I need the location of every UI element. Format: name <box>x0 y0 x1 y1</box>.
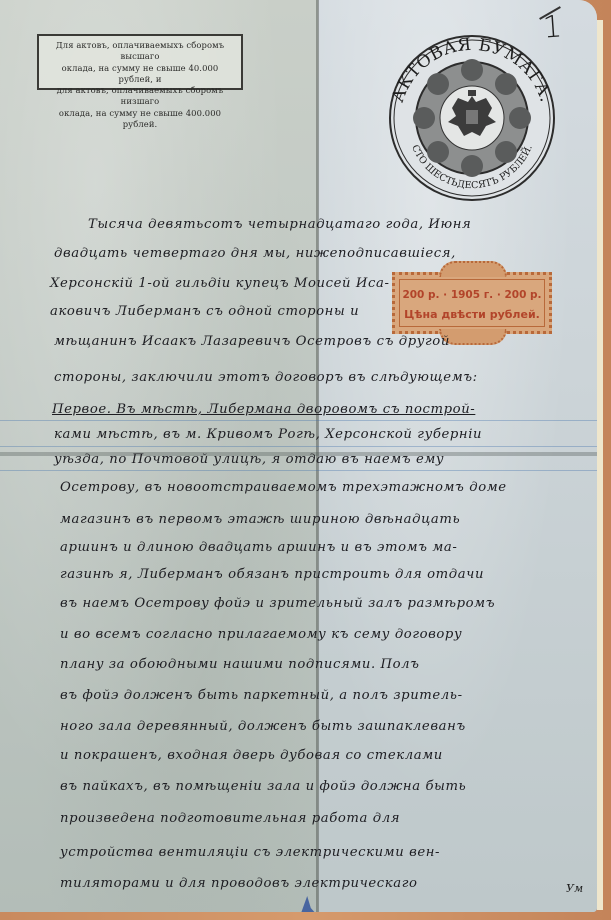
handwritten-line: и покрашенъ, входная дверь дубовая со ст… <box>60 748 443 763</box>
handwritten-line: двадцать четвертаго дня мы, нижеподписав… <box>54 246 456 261</box>
signature-initials: Ум <box>566 882 583 895</box>
handwritten-line: и во всемъ согласно прилагаемому къ сему… <box>60 627 462 642</box>
handwritten-line: произведена подготовительная работа для <box>60 811 400 826</box>
deed-paper-stamp: АКТОВАЯ БУМАГА. СТО ШЕСТЬДЕСЯТЪ РУБЛЕЙ. <box>380 30 564 202</box>
ruled-line <box>0 420 597 421</box>
ruled-line <box>0 446 597 447</box>
revenue-stamp-price: Цѣна двѣсти рублей. <box>395 308 549 321</box>
fee-notice-line: для актовъ, оплачиваемыхъ сборомъ низшаг… <box>45 85 235 108</box>
fee-notice-line: Для актовъ, оплачиваемыхъ сборомъ высшаг… <box>45 40 235 63</box>
underlying-sheet-edge <box>597 20 603 910</box>
fee-notice-line: оклада, на сумму не свыше 400.000 рублей… <box>45 108 235 131</box>
handwritten-line: тиляторами и для проводовъ электрическаг… <box>60 876 418 891</box>
handwritten-line: ного зала деревянный, долженъ быть зашпа… <box>60 719 466 734</box>
handwritten-line: Тысяча девятьсотъ четырнадцатаго года, И… <box>88 217 471 232</box>
revenue-stamp: 200 р. · 1905 г. · 200 р. Цѣна двѣсти ру… <box>392 272 552 334</box>
handwritten-line: аковичъ Либерманъ съ одной стороны и <box>50 304 359 319</box>
handwritten-line: въ фойэ долженъ быть паркетный, а полъ з… <box>60 688 463 703</box>
handwritten-line: Первое. Въ мѣстѣ, Либермана дворовомъ съ… <box>52 402 475 417</box>
revenue-stamp-value: 200 р. · 1905 г. · 200 р. <box>395 289 549 301</box>
handwritten-line: Херсонскiй 1-ой гильдiи купецъ Моисей Ис… <box>50 276 390 291</box>
fee-notice-line: оклада, на сумму не свыше 40.000 рублей,… <box>45 63 235 86</box>
ruled-line <box>0 470 597 471</box>
handwritten-line: въ наемъ Осетрову фойэ и зрительный залъ… <box>60 596 495 611</box>
handwritten-line: стороны, заключили этотъ договоръ въ слѣ… <box>54 370 478 385</box>
handwritten-line: ками мѣстѣ, въ м. Кривомъ Рогѣ, Херсонск… <box>54 427 482 442</box>
handwritten-line: мѣщанинъ Исаакъ Лазаревичъ Осетровъ съ д… <box>54 334 450 349</box>
page-number: 1 <box>542 9 563 45</box>
handwritten-line: Осетрову, въ новоотстраиваемомъ трехэтаж… <box>60 480 507 495</box>
handwritten-line: газинѣ я, Либерманъ обязанъ пристроить д… <box>60 567 484 582</box>
fee-notice-box: Для актовъ, оплачиваемыхъ сборомъ высшаг… <box>37 34 243 90</box>
handwritten-line: магазинъ въ первомъ этажѣ шириною двѣнад… <box>60 512 460 527</box>
handwritten-line: аршинъ и длиною двадцать аршинъ и въ это… <box>60 540 457 555</box>
handwritten-line: устройства вентиляцiи съ электрическими … <box>60 845 440 860</box>
handwritten-line: въ пайкахъ, въ помѣщенiи зала и фойэ дол… <box>60 779 466 794</box>
handwritten-line: плану за обоюдными нашими подписями. Пол… <box>60 657 420 672</box>
handwritten-line: уѣзда, по Почтовой улицѣ, я отдаю въ нае… <box>54 452 444 467</box>
document-sheet: Для актовъ, оплачиваемыхъ сборомъ высшаг… <box>0 0 597 912</box>
